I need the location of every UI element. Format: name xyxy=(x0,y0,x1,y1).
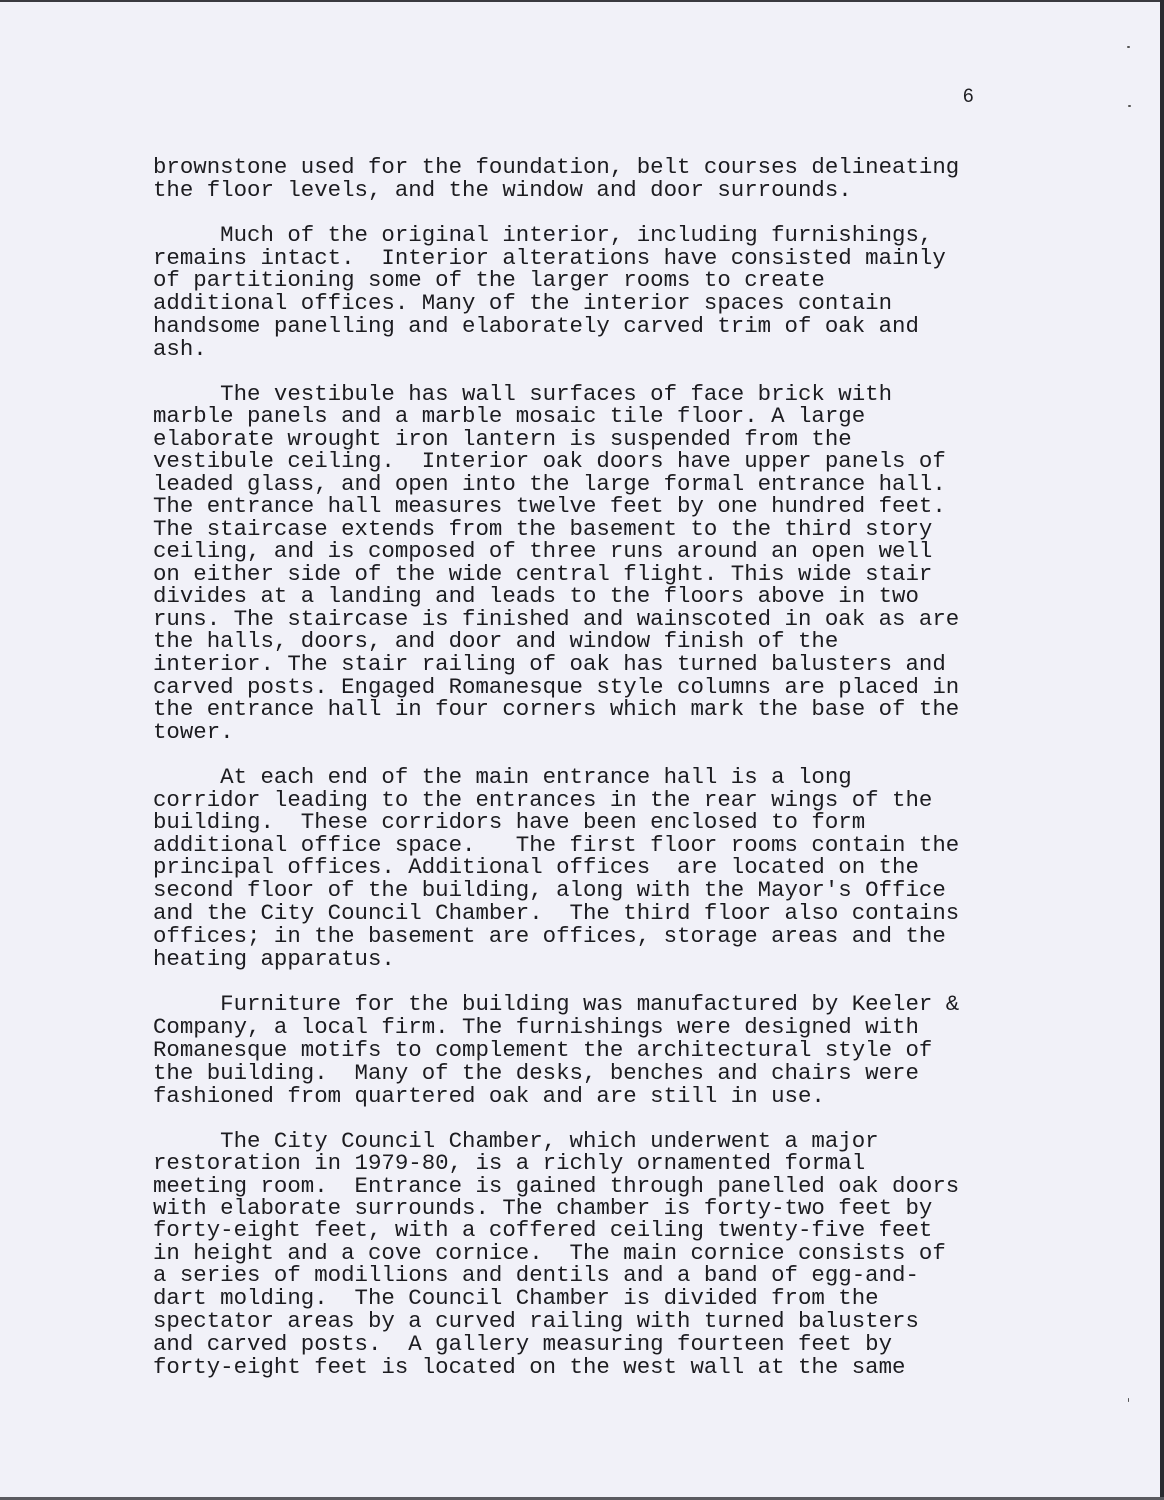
text-line: tower. xyxy=(153,721,234,744)
text-line: dart molding. The Council Chamber is div… xyxy=(153,1287,879,1310)
text-line: offices; in the basement are offices, st… xyxy=(153,925,946,948)
text-line: the floor levels, and the window and doo… xyxy=(153,179,852,202)
text-line: restoration in 1979-80, is a richly orna… xyxy=(153,1152,865,1175)
text-line: interior. The stair railing of oak has t… xyxy=(153,653,946,676)
text-line: The entrance hall measures twelve feet b… xyxy=(153,495,946,518)
text-line: marble panels and a marble mosaic tile f… xyxy=(153,405,865,428)
text-line: At each end of the main entrance hall is… xyxy=(153,766,852,789)
text-line: heating apparatus. xyxy=(153,948,395,971)
text-line: the building. Many of the desks, benches… xyxy=(153,1062,919,1085)
scan-speck xyxy=(1128,105,1131,107)
text-line: divides at a landing and leads to the fl… xyxy=(153,585,919,608)
scan-speck xyxy=(1128,1398,1129,1402)
scan-edge-top xyxy=(0,0,1164,2)
scan-edge-right xyxy=(1160,0,1164,1500)
text-line: principal offices. Additional offices ar… xyxy=(153,856,919,879)
text-line: a series of modillions and dentils and a… xyxy=(153,1264,919,1287)
text-line: additional offices. Many of the interior… xyxy=(153,292,892,315)
text-line: and carved posts. A gallery measuring fo… xyxy=(153,1333,892,1356)
text-line: Romanesque motifs to complement the arch… xyxy=(153,1039,932,1062)
text-line: second floor of the building, along with… xyxy=(153,879,946,902)
text-line: Furniture for the building was manufactu… xyxy=(153,993,959,1016)
text-line: handsome panelling and elaborately carve… xyxy=(153,315,919,338)
text-line: ceiling, and is composed of three runs a… xyxy=(153,540,932,563)
text-line: brownstone used for the foundation, belt… xyxy=(153,156,959,179)
page-number: 6 xyxy=(963,86,974,108)
text-line: forty-eight feet, with a coffered ceilin… xyxy=(153,1219,932,1242)
scan-speck xyxy=(1127,46,1130,48)
text-line: spectator areas by a curved railing with… xyxy=(153,1310,919,1333)
document-page: 6 brownstone used for the foundation, be… xyxy=(0,0,1164,1500)
text-line: vestibule ceiling. Interior oak doors ha… xyxy=(153,450,946,473)
text-line: forty-eight feet is located on the west … xyxy=(153,1356,905,1379)
text-line: the halls, doors, and door and window fi… xyxy=(153,630,838,653)
text-line: of partitioning some of the larger rooms… xyxy=(153,269,825,292)
text-line: the entrance hall in four corners which … xyxy=(153,698,959,721)
text-line: fashioned from quartered oak and are sti… xyxy=(153,1085,825,1108)
text-line: building. These corridors have been encl… xyxy=(153,811,865,834)
text-line: ash. xyxy=(153,338,207,361)
text-line: Company, a local firm. The furnishings w… xyxy=(153,1016,919,1039)
text-line: Much of the original interior, including… xyxy=(153,224,932,247)
text-line: and the City Council Chamber. The third … xyxy=(153,902,959,925)
